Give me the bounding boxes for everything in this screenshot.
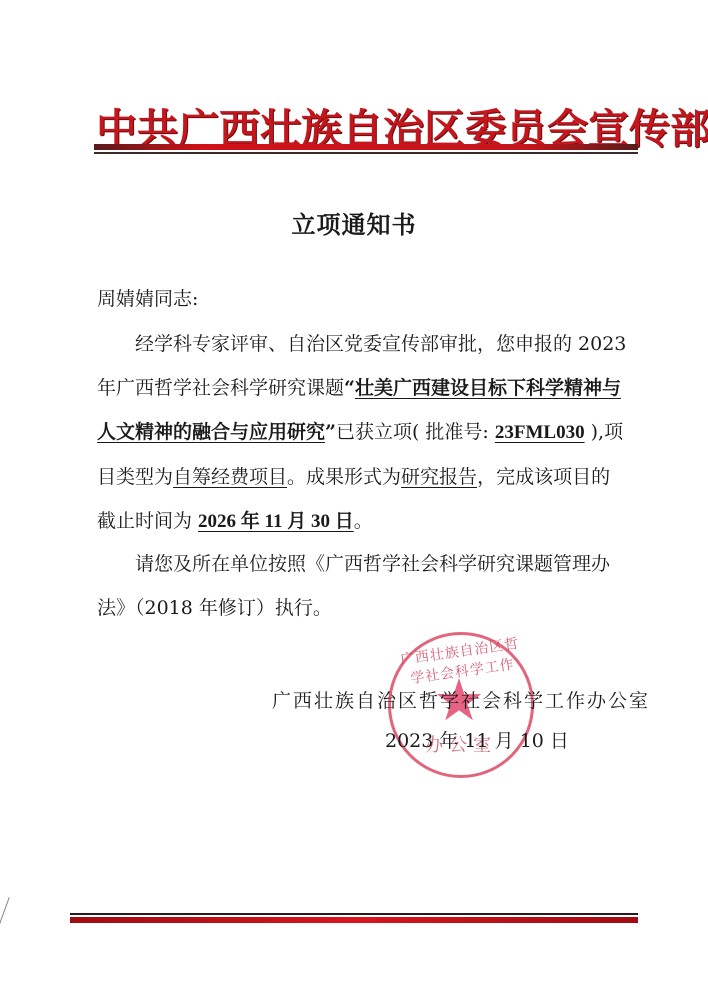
salutation: 周婧婧同志: bbox=[97, 284, 198, 311]
open-quote: “ bbox=[344, 377, 355, 399]
deadline: 2026 年 11 月 30 日 bbox=[198, 511, 354, 532]
result-form: 研究报告 bbox=[401, 466, 477, 488]
close-quote: ” bbox=[325, 421, 336, 443]
letterhead-top-rule bbox=[94, 144, 638, 154]
top-rule-thick bbox=[94, 144, 638, 150]
bottom-rule-thin bbox=[70, 913, 638, 915]
paragraph-approval: 经学科专家评审、自治区党委宣传部审批，您申报的 2023 年广西哲学社会科学研究… bbox=[97, 322, 627, 544]
approval-number: 23FML030 bbox=[495, 422, 585, 443]
issuing-office: 广西壮族自治区哲学社会科学工作办公室 bbox=[272, 686, 650, 713]
issue-date: 2023 年 11 月 10 日 bbox=[385, 726, 569, 753]
project-type: 自筹经费项目 bbox=[173, 466, 287, 488]
paragraph-instructions: 请您及所在单位按照《广西哲学社会科学研究课题管理办法》（2018 年修订）执行。 bbox=[97, 542, 627, 630]
footer-rule bbox=[70, 913, 638, 923]
bottom-rule-thick bbox=[70, 917, 638, 923]
document-title: 立项通知书 bbox=[0, 205, 708, 240]
top-rule-thin bbox=[94, 152, 638, 154]
paragraph-end: 。 bbox=[354, 510, 373, 532]
approved-text: 已获立项( 批准号: bbox=[336, 421, 495, 443]
scan-mark bbox=[0, 897, 10, 935]
result-form-label: 。成果形式为 bbox=[287, 466, 401, 488]
